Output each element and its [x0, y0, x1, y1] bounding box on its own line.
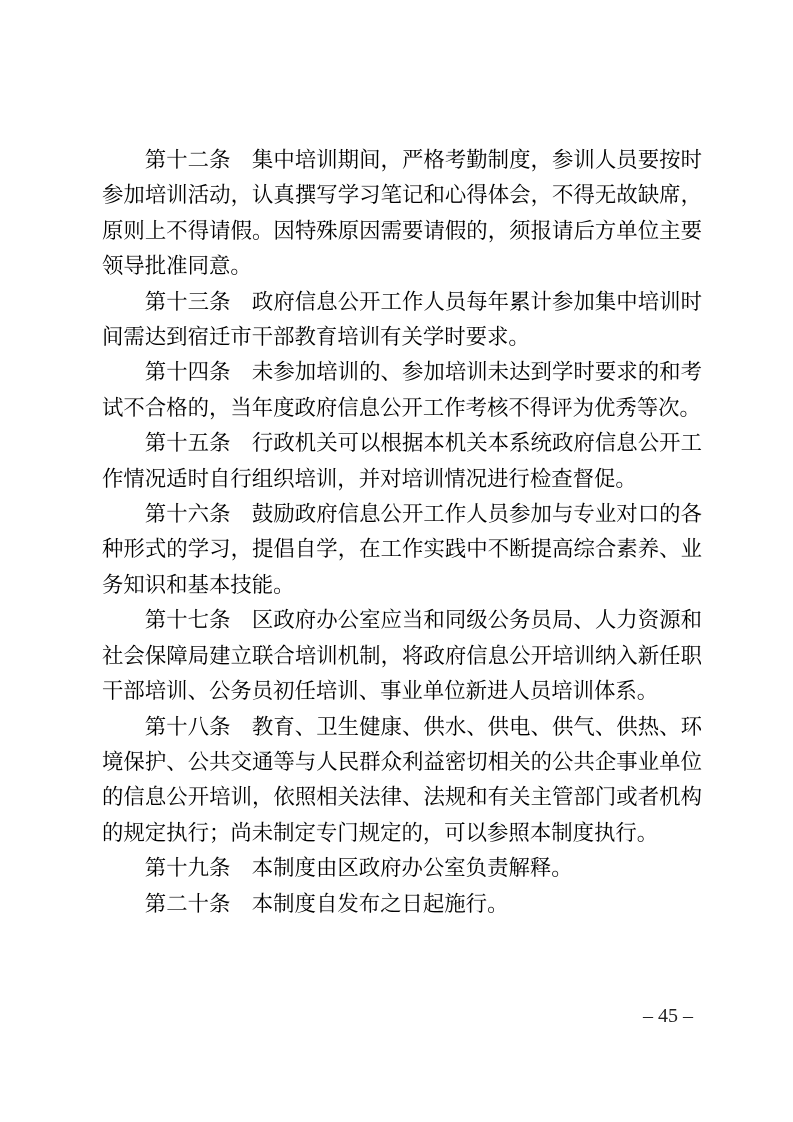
document-body: 第十二条集中培训期间，严格考勤制度，参训人员要按时参加培训活动，认真撰写学习笔记… — [102, 143, 702, 922]
paragraph-article-12: 第十二条集中培训期间，严格考勤制度，参训人员要按时参加培训活动，认真撰写学习笔记… — [102, 143, 702, 285]
paragraph-article-19: 第十九条本制度由区政府办公室负责解释。 — [102, 851, 702, 886]
paragraph-article-15: 第十五条行政机关可以根据本机关本系统政府信息公开工作情况适时自行组织培训，并对培… — [102, 426, 702, 497]
article-number: 第十七条 — [145, 608, 231, 632]
article-number: 第十八条 — [145, 715, 231, 739]
article-number: 第十六条 — [145, 502, 231, 526]
article-number: 第十二条 — [145, 148, 231, 172]
document-page: 第十二条集中培训期间，严格考勤制度，参训人员要按时参加培训活动，认真撰写学习笔记… — [0, 0, 793, 1122]
article-number: 第十四条 — [145, 360, 231, 384]
article-number: 第二十条 — [145, 892, 231, 916]
paragraph-article-17: 第十七条区政府办公室应当和同级公务员局、人力资源和社会保障局建立联合培训机制，将… — [102, 603, 702, 709]
paragraph-article-16: 第十六条鼓励政府信息公开工作人员参加与专业对口的各种形式的学习，提倡自学，在工作… — [102, 497, 702, 603]
article-text: 本制度由区政府办公室负责解释。 — [252, 856, 573, 880]
page-number: – 45 – — [643, 1004, 693, 1028]
article-text: 本制度自发布之日起施行。 — [252, 892, 509, 916]
paragraph-article-14: 第十四条未参加培训的、参加培训未达到学时要求的和考试不合格的，当年度政府信息公开… — [102, 355, 702, 426]
paragraph-article-20: 第二十条本制度自发布之日起施行。 — [102, 887, 702, 922]
paragraph-article-13: 第十三条政府信息公开工作人员每年累计参加集中培训时间需达到宿迁市干部教育培训有关… — [102, 285, 702, 356]
article-number: 第十五条 — [145, 431, 231, 455]
paragraph-article-18: 第十八条教育、卫生健康、供水、供电、供气、供热、环境保护、公共交通等与人民群众利… — [102, 710, 702, 852]
article-number: 第十三条 — [145, 290, 231, 314]
article-number: 第十九条 — [145, 856, 231, 880]
